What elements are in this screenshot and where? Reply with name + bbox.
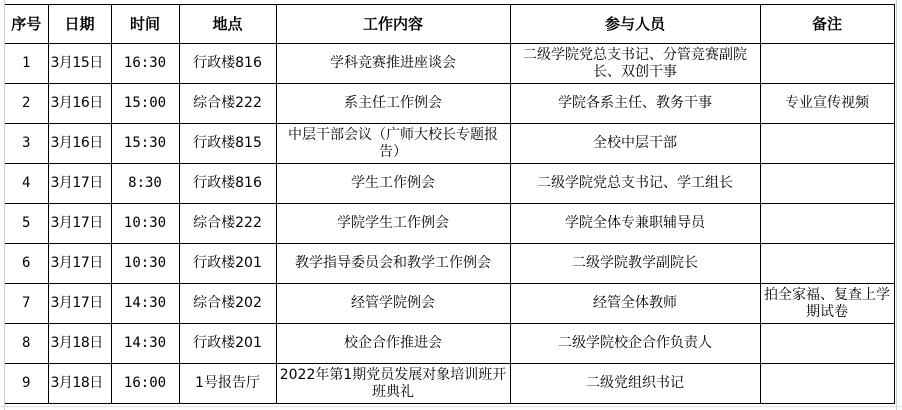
cell-time[interactable]: 16:30 bbox=[111, 44, 179, 84]
cell-time[interactable]: 14:30 bbox=[111, 284, 179, 324]
table-row: 3 3月16日 15:30 行政楼815 中层干部会议（广师大校长专题报告） 全… bbox=[5, 124, 894, 164]
cell-index[interactable]: 3 bbox=[5, 124, 48, 164]
cell-date[interactable]: 3月18日 bbox=[48, 364, 111, 404]
cell-date[interactable]: 3月16日 bbox=[48, 124, 111, 164]
spreadsheet-gridline bbox=[0, 406, 902, 407]
table-row: 9 3月18日 16:00 1号报告厅 2022年第1期党员发展对象培训班开班典… bbox=[5, 364, 894, 404]
cell-content[interactable]: 教学指导委员会和教学工作例会 bbox=[276, 244, 510, 284]
cell-participants[interactable]: 全校中层干部 bbox=[510, 124, 760, 164]
cell-remark[interactable] bbox=[760, 244, 894, 284]
table-row: 1 3月15日 16:30 行政楼816 学科竞赛推进座谈会 二级学院党总支书记… bbox=[5, 44, 894, 84]
cell-place[interactable]: 行政楼816 bbox=[179, 164, 276, 204]
table-row: 5 3月17日 10:30 综合楼222 学院学生工作例会 学院全体专兼职辅导员 bbox=[5, 204, 894, 244]
cell-participants[interactable]: 二级学院校企合作负责人 bbox=[510, 324, 760, 364]
schedule-table: 序号 日期 时间 地点 工作内容 参与人员 备注 1 3月15日 16:30 行… bbox=[5, 4, 895, 404]
cell-content[interactable]: 经管学院例会 bbox=[276, 284, 510, 324]
header-cell-date: 日期 bbox=[48, 5, 111, 44]
cell-index[interactable]: 6 bbox=[5, 244, 48, 284]
cell-content[interactable]: 系主任工作例会 bbox=[276, 84, 510, 124]
table-row: 2 3月16日 15:00 综合楼222 系主任工作例会 学院各系主任、教务干事… bbox=[5, 84, 894, 124]
cell-content[interactable]: 学院学生工作例会 bbox=[276, 204, 510, 244]
header-cell-time: 时间 bbox=[111, 5, 179, 44]
header-cell-place: 地点 bbox=[179, 5, 276, 44]
cell-place[interactable]: 1号报告厅 bbox=[179, 364, 276, 404]
cell-index[interactable]: 2 bbox=[5, 84, 48, 124]
cell-remark[interactable]: 拍全家福、复查上学期试卷 bbox=[760, 284, 894, 324]
cell-place[interactable]: 行政楼815 bbox=[179, 124, 276, 164]
cell-time[interactable]: 10:30 bbox=[111, 204, 179, 244]
header-cell-content: 工作内容 bbox=[276, 5, 510, 44]
cell-remark[interactable] bbox=[760, 124, 894, 164]
cell-index[interactable]: 4 bbox=[5, 164, 48, 204]
cell-date[interactable]: 3月17日 bbox=[48, 164, 111, 204]
header-cell-participants: 参与人员 bbox=[510, 5, 760, 44]
cell-time[interactable]: 14:30 bbox=[111, 324, 179, 364]
cell-participants[interactable]: 二级学院党总支书记、学工组长 bbox=[510, 164, 760, 204]
cell-place[interactable]: 行政楼201 bbox=[179, 324, 276, 364]
cell-time[interactable]: 15:30 bbox=[111, 124, 179, 164]
cell-content[interactable]: 学科竞赛推进座谈会 bbox=[276, 44, 510, 84]
cell-date[interactable]: 3月18日 bbox=[48, 324, 111, 364]
cell-time[interactable]: 15:00 bbox=[111, 84, 179, 124]
cell-place[interactable]: 综合楼222 bbox=[179, 204, 276, 244]
cell-remark[interactable] bbox=[760, 364, 894, 404]
cell-index[interactable]: 1 bbox=[5, 44, 48, 84]
cell-participants[interactable]: 学院各系主任、教务干事 bbox=[510, 84, 760, 124]
table-row: 8 3月18日 14:30 行政楼201 校企合作推进会 二级学院校企合作负责人 bbox=[5, 324, 894, 364]
cell-time[interactable]: 16:00 bbox=[111, 364, 179, 404]
cell-content[interactable]: 中层干部会议（广师大校长专题报告） bbox=[276, 124, 510, 164]
spreadsheet-gridline bbox=[896, 0, 897, 410]
header-cell-remark: 备注 bbox=[760, 5, 894, 44]
cell-participants[interactable]: 二级学院党总支书记、分管竞赛副院长、双创干事 bbox=[510, 44, 760, 84]
cell-date[interactable]: 3月16日 bbox=[48, 84, 111, 124]
cell-remark[interactable]: 专业宣传视频 bbox=[760, 84, 894, 124]
cell-remark[interactable] bbox=[760, 204, 894, 244]
table-row: 4 3月17日 8:30 行政楼816 学生工作例会 二级学院党总支书记、学工组… bbox=[5, 164, 894, 204]
cell-participants[interactable]: 二级学院教学副院长 bbox=[510, 244, 760, 284]
cell-remark[interactable] bbox=[760, 164, 894, 204]
cell-participants[interactable]: 二级党组织书记 bbox=[510, 364, 760, 404]
cell-place[interactable]: 综合楼222 bbox=[179, 84, 276, 124]
header-row: 序号 日期 时间 地点 工作内容 参与人员 备注 bbox=[5, 5, 894, 44]
cell-index[interactable]: 9 bbox=[5, 364, 48, 404]
cell-place[interactable]: 行政楼201 bbox=[179, 244, 276, 284]
cell-index[interactable]: 7 bbox=[5, 284, 48, 324]
header-cell-index: 序号 bbox=[5, 5, 48, 44]
cell-time[interactable]: 8:30 bbox=[111, 164, 179, 204]
cell-remark[interactable] bbox=[760, 324, 894, 364]
table-row: 6 3月17日 10:30 行政楼201 教学指导委员会和教学工作例会 二级学院… bbox=[5, 244, 894, 284]
cell-index[interactable]: 8 bbox=[5, 324, 48, 364]
cell-place[interactable]: 综合楼202 bbox=[179, 284, 276, 324]
table-row: 7 3月17日 14:30 综合楼202 经管学院例会 经管全体教师 拍全家福、… bbox=[5, 284, 894, 324]
cell-content[interactable]: 2022年第1期党员发展对象培训班开班典礼 bbox=[276, 364, 510, 404]
cell-place[interactable]: 行政楼816 bbox=[179, 44, 276, 84]
cell-participants[interactable]: 经管全体教师 bbox=[510, 284, 760, 324]
cell-date[interactable]: 3月17日 bbox=[48, 204, 111, 244]
cell-content[interactable]: 校企合作推进会 bbox=[276, 324, 510, 364]
cell-date[interactable]: 3月17日 bbox=[48, 284, 111, 324]
cell-remark[interactable] bbox=[760, 44, 894, 84]
cell-date[interactable]: 3月17日 bbox=[48, 244, 111, 284]
cell-date[interactable]: 3月15日 bbox=[48, 44, 111, 84]
cell-participants[interactable]: 学院全体专兼职辅导员 bbox=[510, 204, 760, 244]
cell-content[interactable]: 学生工作例会 bbox=[276, 164, 510, 204]
cell-index[interactable]: 5 bbox=[5, 204, 48, 244]
cell-time[interactable]: 10:30 bbox=[111, 244, 179, 284]
